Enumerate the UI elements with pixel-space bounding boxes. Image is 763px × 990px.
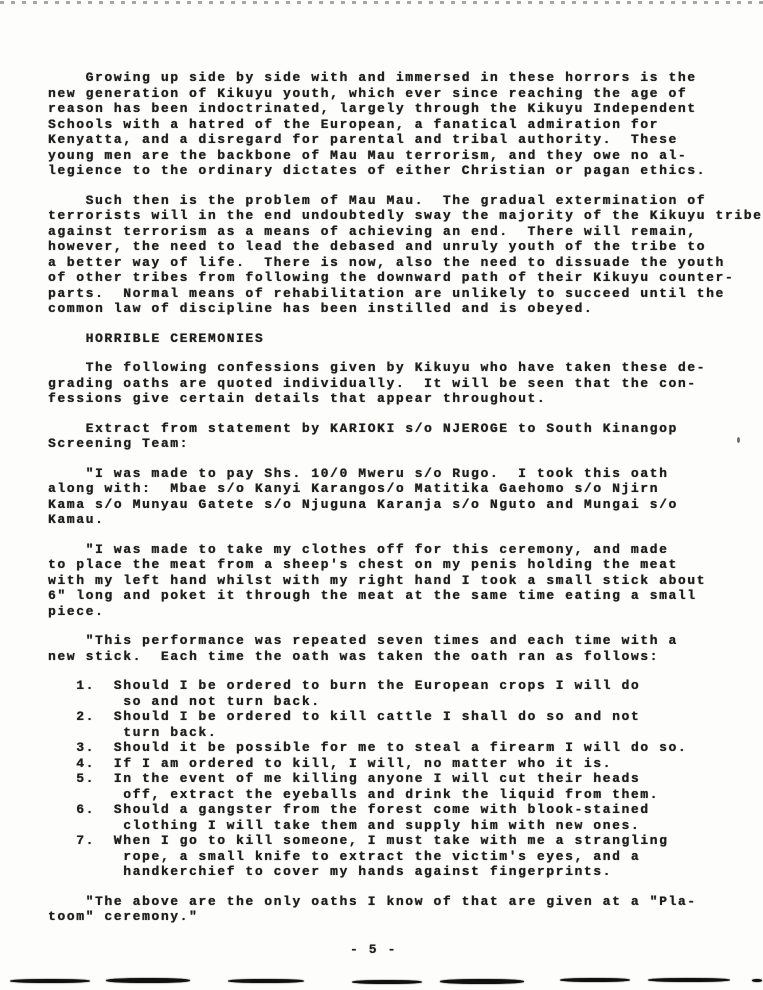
text-line: "I was made to pay Shs. 10/0 Mweru s/o R… bbox=[48, 466, 763, 482]
text-line: piece. bbox=[48, 604, 763, 620]
text-line: of other tribes from following the downw… bbox=[48, 270, 763, 286]
oath-list: 1. Should I be ordered to burn the Europ… bbox=[48, 678, 763, 880]
text-line: "This performance was repeated seven tim… bbox=[48, 633, 763, 649]
text-line: new generation of Kikuyu youth, which ev… bbox=[48, 86, 763, 102]
paragraph-confessions-intro: The following confessions given by Kikuy… bbox=[48, 360, 763, 407]
text-line: legience to the ordinary dictates of eit… bbox=[48, 163, 763, 179]
edge-dash bbox=[228, 979, 304, 983]
text-line: Extract from statement by KARIOKI s/o NJ… bbox=[48, 421, 763, 437]
edge-dash bbox=[648, 978, 730, 982]
paragraph-problem-of-mau-mau: Such then is the problem of Mau Mau. The… bbox=[48, 193, 763, 317]
text-line: common law of discipline has been instil… bbox=[48, 301, 763, 317]
text-line: Kamau. bbox=[48, 512, 763, 528]
text-line: rope, a small knife to extract the victi… bbox=[48, 849, 763, 865]
text-line: 6" long and poket it through the meat at… bbox=[48, 588, 763, 604]
text-line: so and not turn back. bbox=[48, 694, 763, 710]
text-line: 5. In the event of me killing anyone I w… bbox=[48, 771, 763, 787]
text-line: 4. If I am ordered to kill, I will, no m… bbox=[48, 756, 763, 772]
text-line: Kenyatta, and a disregard for parental a… bbox=[48, 132, 763, 148]
edge-dash bbox=[352, 980, 422, 984]
text-line: however, the need to lead the debased an… bbox=[48, 239, 763, 255]
text-line: new stick. Each time the oath was taken … bbox=[48, 649, 763, 665]
page-number: - 5 - bbox=[0, 942, 755, 957]
text-line: against terrorism as a means of achievin… bbox=[48, 224, 763, 240]
text-line: parts. Normal means of rehabilitation ar… bbox=[48, 286, 763, 302]
text-line: off, extract the eyeballs and drink the … bbox=[48, 787, 763, 803]
text-line: Screening Team: bbox=[48, 436, 763, 452]
scanned-document-page: Growing up side by side with and immerse… bbox=[0, 0, 763, 990]
text-line: HORRIBLE CEREMONIES bbox=[48, 331, 763, 347]
quote-oath-payment: "I was made to pay Shs. 10/0 Mweru s/o R… bbox=[48, 466, 763, 528]
text-line: clothing I will take them and supply him… bbox=[48, 818, 763, 834]
text-line: toom" ceremony." bbox=[48, 909, 763, 925]
quote-closing: "The above are the only oaths I know of … bbox=[48, 894, 763, 925]
text-line: reason has been indoctrinated, largely t… bbox=[48, 101, 763, 117]
edge-dash bbox=[440, 979, 524, 984]
text-line: fessions give certain details that appea… bbox=[48, 391, 763, 407]
photocopy-edge-artifacts bbox=[0, 975, 763, 987]
extract-attribution: Extract from statement by KARIOKI s/o NJ… bbox=[48, 421, 763, 452]
quote-performance-repeated: "This performance was repeated seven tim… bbox=[48, 633, 763, 664]
text-line: 6. Should a gangster from the forest com… bbox=[48, 802, 763, 818]
text-line: along with: Mbae s/o Kanyi Karangos/o Ma… bbox=[48, 481, 763, 497]
text-line: Growing up side by side with and immerse… bbox=[48, 70, 763, 86]
document-body: Growing up side by side with and immerse… bbox=[48, 70, 763, 939]
perforation-dots-artifact bbox=[0, 1, 763, 4]
text-line: "I was made to take my clothes off for t… bbox=[48, 542, 763, 558]
text-line: Schools with a hatred of the European, a… bbox=[48, 117, 763, 133]
text-line: The following confessions given by Kikuy… bbox=[48, 360, 763, 376]
ink-speck-artifact bbox=[737, 437, 740, 443]
text-line: 7. When I go to kill someone, I must tak… bbox=[48, 833, 763, 849]
text-line: young men are the backbone of Mau Mau te… bbox=[48, 148, 763, 164]
edge-dash bbox=[10, 979, 90, 983]
text-line: Kama s/o Munyau Gatete s/o Njuguna Karan… bbox=[48, 497, 763, 513]
edge-dash bbox=[106, 978, 190, 983]
quote-ceremony-description: "I was made to take my clothes off for t… bbox=[48, 542, 763, 620]
text-line: turn back. bbox=[48, 725, 763, 741]
section-heading-horrible-ceremonies: HORRIBLE CEREMONIES bbox=[48, 331, 763, 347]
text-line: 2. Should I be ordered to kill cattle I … bbox=[48, 709, 763, 725]
text-line: to place the meat from a sheep's chest o… bbox=[48, 557, 763, 573]
text-line: with my left hand whilst with my right h… bbox=[48, 573, 763, 589]
text-line: handkerchief to cover my hands against f… bbox=[48, 864, 763, 880]
paragraph-growing-up: Growing up side by side with and immerse… bbox=[48, 70, 763, 179]
edge-dash bbox=[752, 979, 762, 982]
text-line: Such then is the problem of Mau Mau. The… bbox=[48, 193, 763, 209]
text-line: a better way of life. There is now, also… bbox=[48, 255, 763, 271]
text-line: 1. Should I be ordered to burn the Europ… bbox=[48, 678, 763, 694]
text-line: 3. Should it be possible for me to steal… bbox=[48, 740, 763, 756]
text-line: "The above are the only oaths I know of … bbox=[48, 894, 763, 910]
edge-dash bbox=[560, 978, 630, 982]
text-line: grading oaths are quoted individually. I… bbox=[48, 376, 763, 392]
text-line: terrorists will in the end undoubtedly s… bbox=[48, 208, 763, 224]
